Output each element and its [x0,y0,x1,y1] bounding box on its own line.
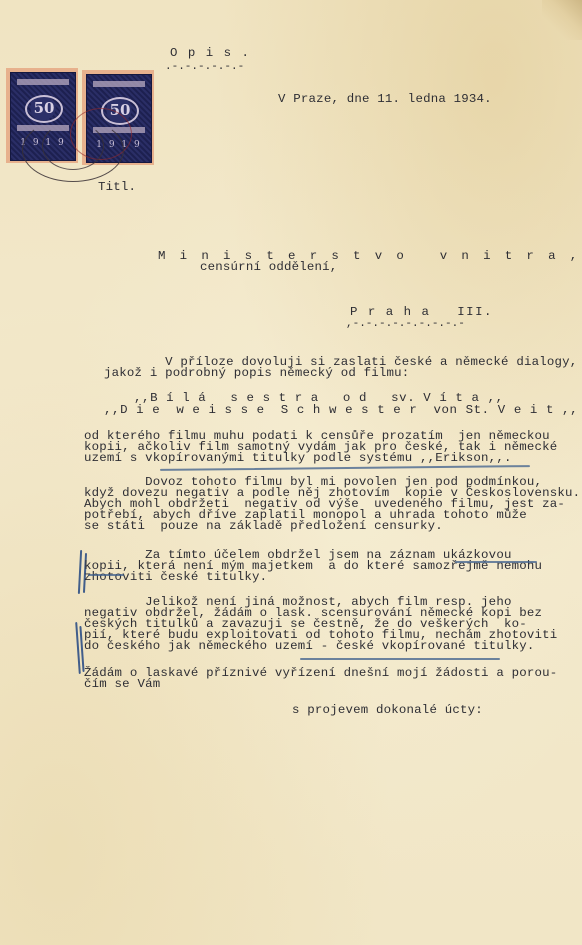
paragraph-2-line-3: uzemí s vkopírovanými titulky podle syst… [84,453,512,464]
paragraph-6-line-2: čím se Vám [84,679,160,690]
salutation-titl: Titl. [98,182,136,193]
city-underline: ,-.-.-.-.-.-.-.-.- [346,319,465,330]
paragraph-5-line-5: do českého jak německého uzemí - české v… [84,641,535,652]
recipient-line-2: censúrní oddělení, [200,262,337,273]
document-heading: O p i s . [170,48,250,59]
recipient-city: P r a h a III. [350,307,493,318]
closing-line: s projevem dokonalé úcty: [292,705,483,716]
blue-pencil-underline-3 [88,574,124,576]
paragraph-3-line-5: se státi pouze na základě předložení cen… [84,521,443,532]
paper-corner-wear [542,0,582,40]
blue-pencil-margin-mark-1a [78,550,82,594]
letter-page: O p i s . .-.-.-.-.-.- V Praze, dne 11. … [0,0,582,945]
paragraph-1-line-2: jakož i podrobný popis německý od filmu: [104,368,409,379]
blue-pencil-underline-1 [160,465,530,471]
postmark-inner-circle [42,122,104,170]
film-title-german: ,,D i e w e i s s e S c h w e s t e r vo… [104,405,578,416]
blue-pencil-underline-2 [455,561,537,563]
heading-underline: .-.-.-.-.-.- [165,62,244,73]
blue-pencil-underline-4 [300,658,500,660]
place-date: V Praze, dne 11. ledna 1934. [278,94,492,105]
